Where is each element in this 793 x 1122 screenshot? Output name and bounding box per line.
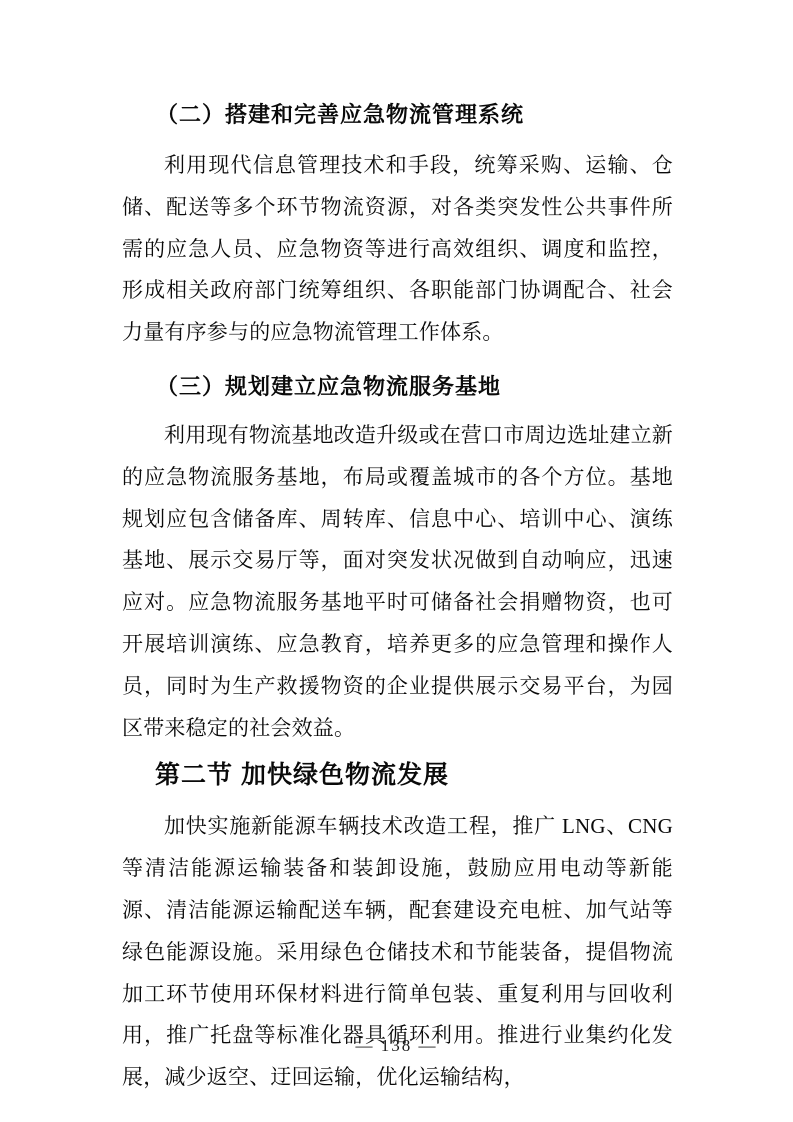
paragraph-emergency-service-base: 利用现有物流基地改造升级或在营口市周边选址建立新的应急物流服务基地，布局或覆盖城… xyxy=(122,415,673,749)
document-page: （二）搭建和完善应急物流管理系统 利用现代信息管理技术和手段，统筹采购、运输、仓… xyxy=(0,0,793,1122)
section-heading-green-logistics: 第二节 加快绿色物流发展 xyxy=(122,759,673,791)
paragraph-emergency-management-system: 利用现代信息管理技术和手段，统筹采购、运输、仓储、配送等多个环节物流资源，对各类… xyxy=(122,145,673,354)
document-viewer: { "document": { "heading_2_2": "（二）搭建和完善… xyxy=(0,0,793,1122)
page-number: — 138 — xyxy=(0,1036,793,1056)
document-content: （二）搭建和完善应急物流管理系统 利用现代信息管理技术和手段，统筹采购、运输、仓… xyxy=(122,0,673,1099)
subheading-emergency-logistics-service-base: （三）规划建立应急物流服务基地 xyxy=(122,373,673,401)
subheading-emergency-logistics-management-system: （二）搭建和完善应急物流管理系统 xyxy=(122,101,673,129)
